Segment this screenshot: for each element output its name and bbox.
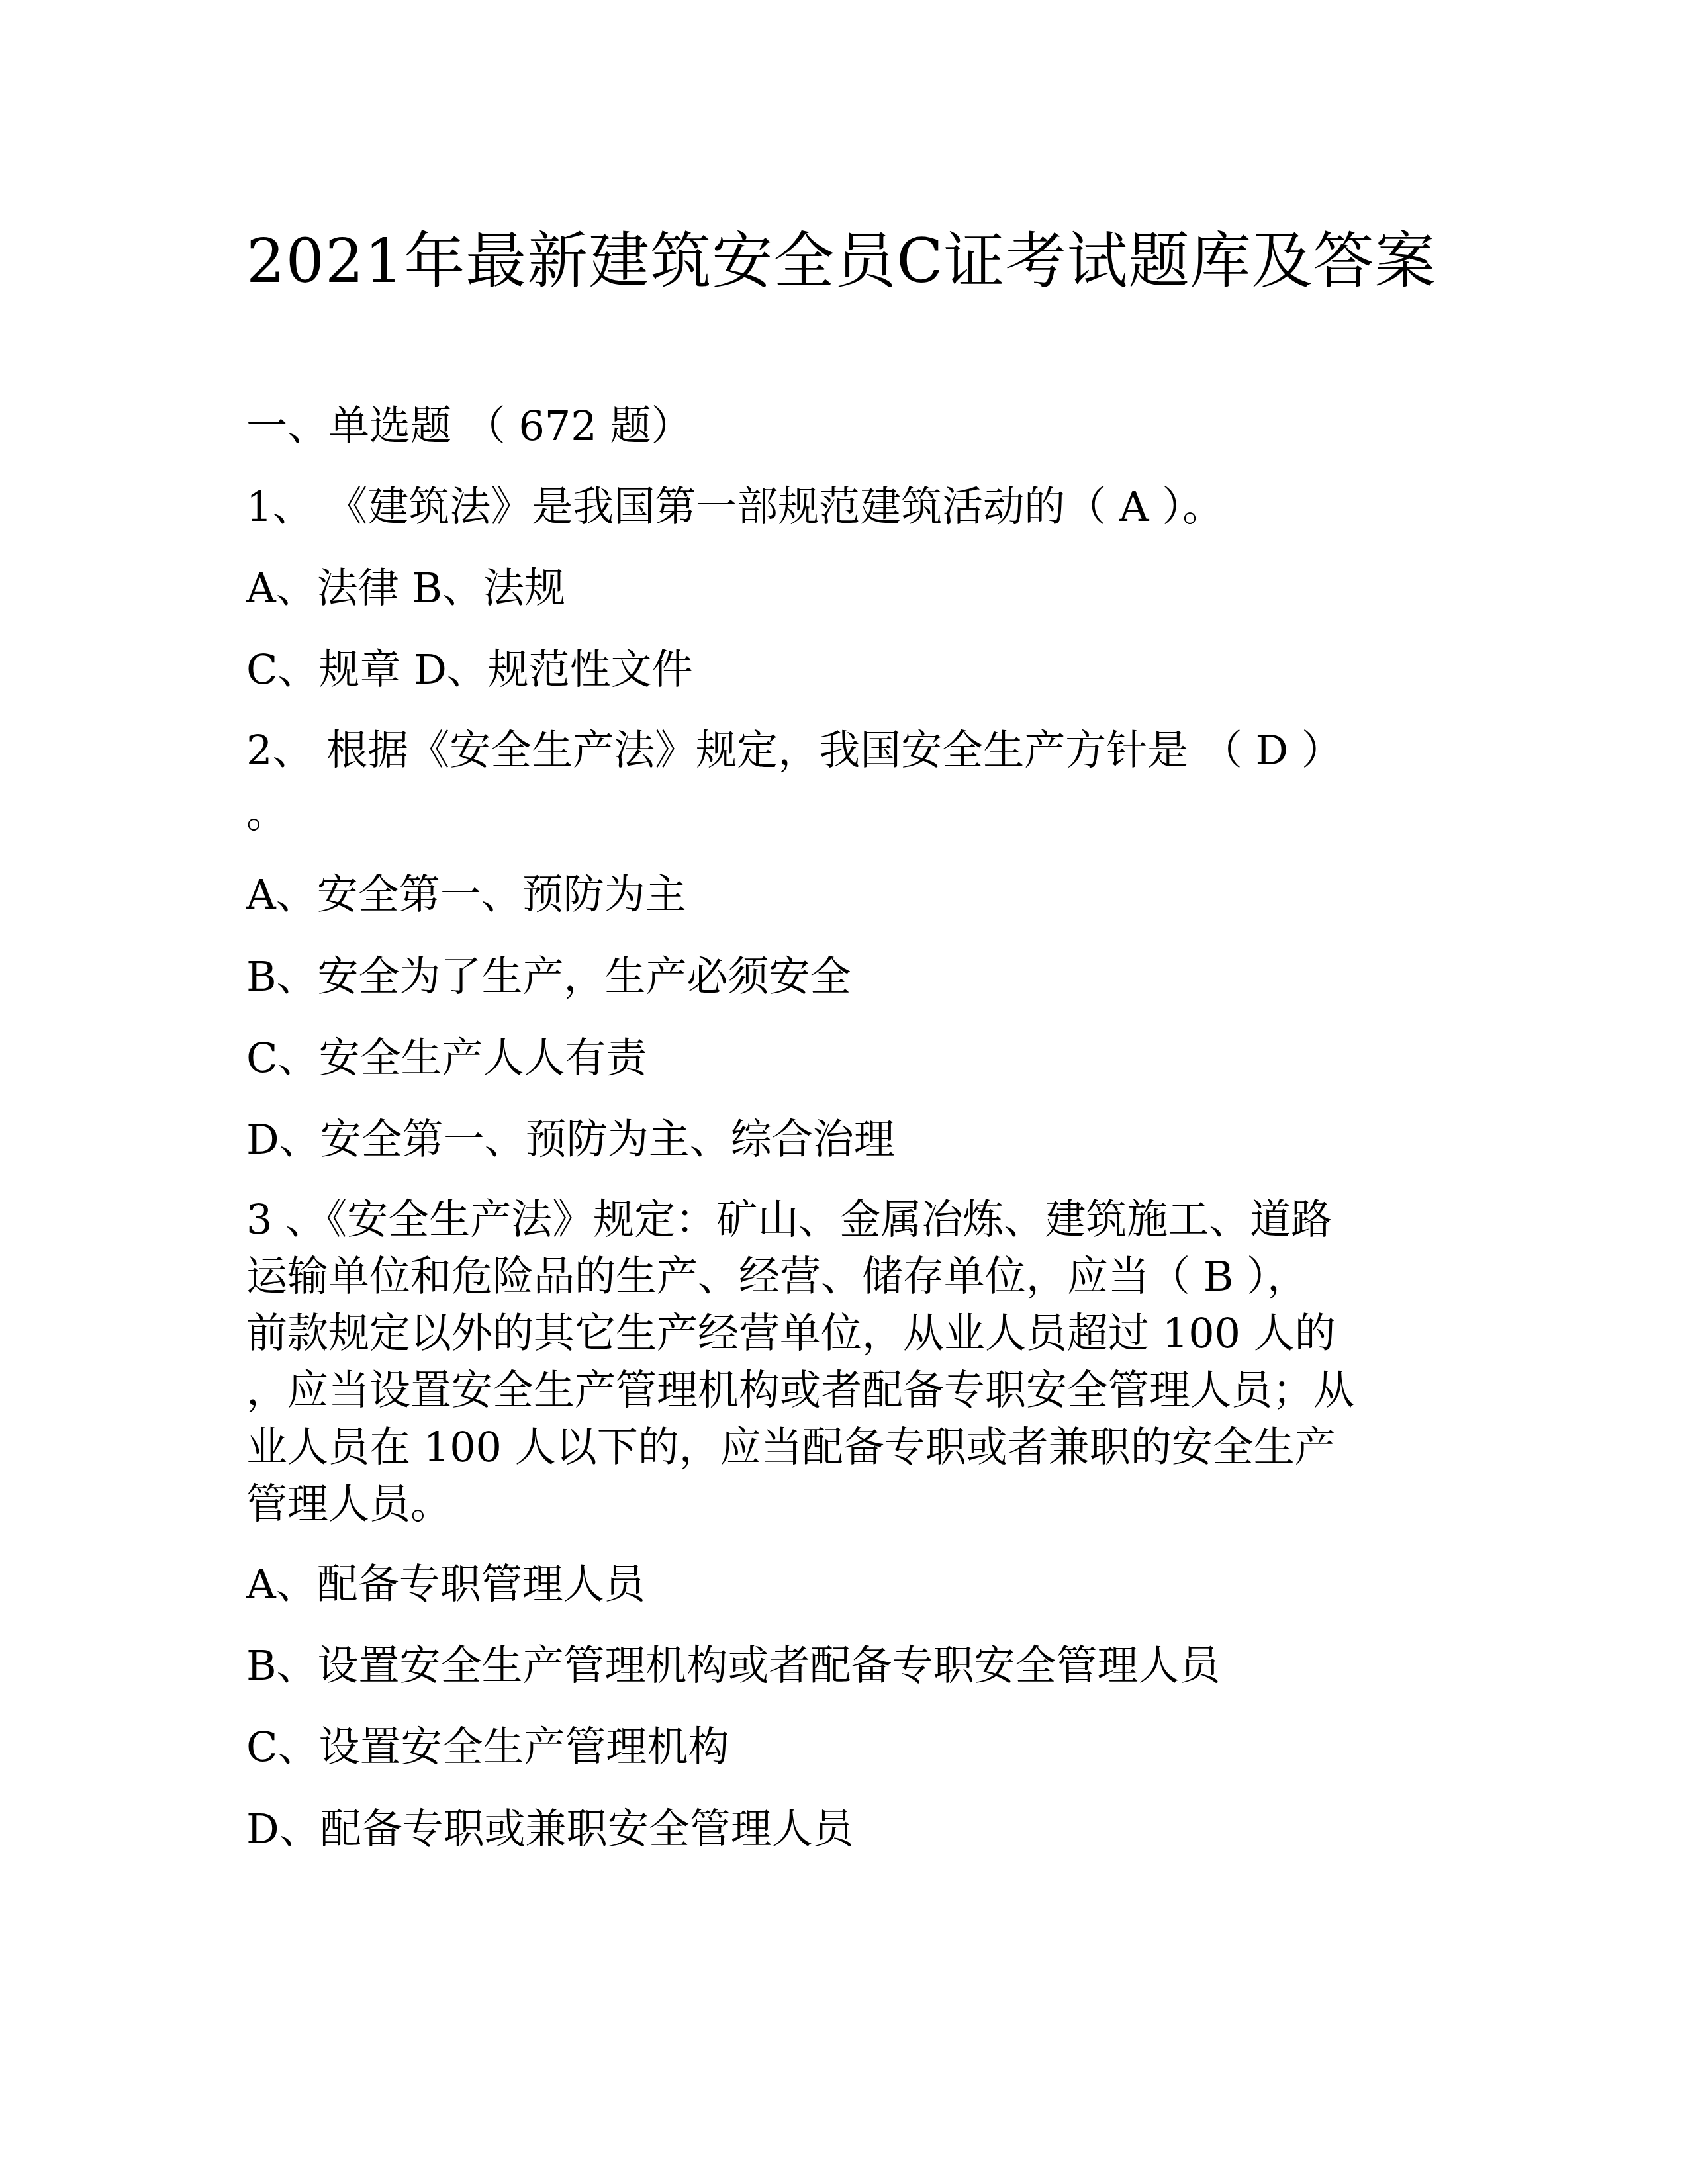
question-1-stem: 1、 《建筑法》是我国第一部规范建筑活动的（ A ）。 — [246, 478, 1223, 536]
question-3-stem-line-6: 管理人员。 — [246, 1476, 1438, 1533]
question-1-options-line-1: A、法律 B、法规 — [246, 559, 565, 617]
question-3-stem-line-3: 前款规定以外的其它生产经营单位，从业人员超过 100 人的 — [246, 1305, 1438, 1362]
question-2-stem-continuation: 。 — [246, 784, 287, 842]
question-1-options-line-2: C、规章 D、规范性文件 — [246, 641, 693, 699]
question-3-option-b: B、设置安全生产管理机构或者配备专职安全管理人员 — [246, 1637, 1221, 1695]
question-3-stem-line-4: ，应当设置安全生产管理机构或者配备专职安全管理人员；从 — [246, 1362, 1438, 1419]
question-2-option-d: D、安全第一、预防为主、综合治理 — [246, 1111, 895, 1169]
question-3-stem-line-1: 3 、《安全生产法》规定：矿山、金属冶炼、建筑施工、道路 — [246, 1191, 1438, 1248]
document-title: 2021年最新建筑安全员C证考试题库及答案 — [246, 218, 1471, 304]
question-2-stem: 2、 根据《安全生产法》规定，我国安全生产方针是 （ D ） — [246, 721, 1342, 780]
question-2-option-b: B、安全为了生产，生产必须安全 — [246, 948, 851, 1006]
question-3-stem: 3 、《安全生产法》规定：矿山、金属冶炼、建筑施工、道路 运输单位和危险品的生产… — [246, 1191, 1438, 1533]
question-3-stem-line-5: 业人员在 100 人以下的，应当配备专职或者兼职的安全生产 — [246, 1419, 1438, 1476]
question-3-option-d: D、配备专职或兼职安全管理人员 — [246, 1800, 854, 1858]
document-page: 2021年最新建筑安全员C证考试题库及答案 一、单选题 （ 672 题） 1、 … — [0, 0, 1688, 2184]
question-3-option-c: C、设置安全生产管理机构 — [246, 1718, 729, 1776]
question-2-option-a: A、安全第一、预防为主 — [246, 866, 686, 924]
question-2-option-c: C、安全生产人人有责 — [246, 1029, 647, 1087]
section-heading: 一、单选题 （ 672 题） — [246, 397, 692, 455]
question-3-stem-line-2: 运输单位和危险品的生产、经营、储存单位，应当（ B ）， — [246, 1248, 1438, 1305]
question-3-option-a: A、配备专职管理人员 — [246, 1555, 645, 1614]
